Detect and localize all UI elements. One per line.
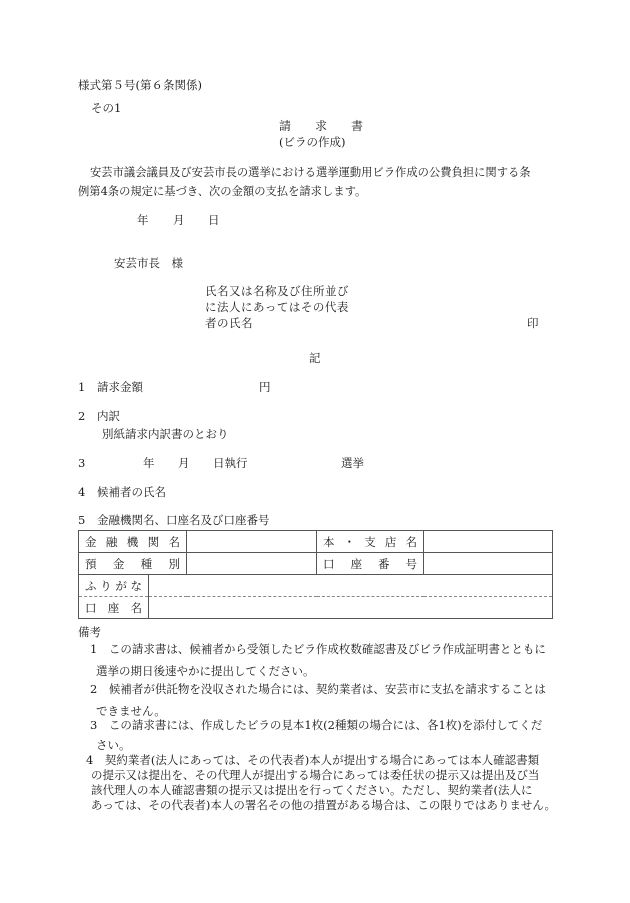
- item-3-election: 選挙: [341, 458, 364, 470]
- item-5-number: 5: [78, 515, 85, 527]
- item-3-number: 3: [78, 458, 85, 470]
- deposit-type-field[interactable]: [187, 553, 317, 575]
- sub-number: その1: [91, 103, 121, 115]
- item-5-label: 金融機関名、口座名及び口座番号: [97, 515, 270, 527]
- item-3-day: 日執行: [213, 458, 248, 470]
- date-month: 月: [173, 215, 185, 227]
- furigana-label: ふ り が な: [79, 575, 149, 597]
- intro-line-2: 例第4条の規定に基づき、次の金額の支払を請求します。: [78, 186, 366, 197]
- furigana-field[interactable]: [149, 575, 553, 597]
- item-3-year: 年: [143, 458, 155, 470]
- bank-name-field[interactable]: [187, 531, 317, 553]
- bank-name-label: 金 融 機 関 名: [79, 531, 187, 553]
- item-1-yen: 円: [259, 382, 271, 394]
- remark-3-number: 3: [90, 718, 97, 732]
- intro-line-1: 安芸市議会議員及び安芸市長の選挙における選挙運動用ビラ作成の公費負担に関する条: [90, 167, 531, 178]
- page-title: 請 求 書: [279, 120, 363, 132]
- bank-row-4: 口 座 名: [79, 597, 553, 619]
- remark-3: 3 この請求書には、作成したビラの見本1枚(2種類の場合には、各1枚)を添付して…: [90, 717, 542, 754]
- remark-4-number: 4: [86, 753, 93, 767]
- claimant-line-3: 者の氏名: [205, 318, 253, 330]
- remark-4: 4 契約業者(法人にあっては、その代表者)本人が提出する場合にあっては本人確認書…: [86, 753, 556, 813]
- remarks-title: 備考: [78, 627, 101, 639]
- remark-2-number: 2: [90, 682, 97, 696]
- item-3-month: 月: [178, 458, 190, 470]
- bank-info-table: 金 融 機 関 名 本 ・ 支 店 名 預 金 種 別: [78, 530, 553, 619]
- account-number-field[interactable]: [424, 553, 553, 575]
- branch-field[interactable]: [424, 531, 553, 553]
- branch-label: 本 ・ 支 店 名: [317, 531, 424, 553]
- date-year: 年: [137, 215, 149, 227]
- claimant-line-1: 氏名又は名称及び住所並び: [205, 286, 349, 298]
- bank-row-2: 預 金 種 別 口 座 番 号: [79, 553, 553, 575]
- item-1-number: 1: [78, 382, 85, 394]
- ki-heading: 記: [309, 353, 321, 365]
- account-name-field[interactable]: [149, 597, 553, 619]
- bank-row-1: 金 融 機 関 名 本 ・ 支 店 名: [79, 531, 553, 553]
- remark-2: 2 候補者が供託物を没収された場合には、契約業者は、安芸市に支払を請求することは…: [90, 681, 546, 720]
- form-number: 様式第５号(第６条関係): [78, 80, 202, 92]
- item-4-number: 4: [78, 487, 85, 499]
- claimant-line-2: に法人にあってはその代表: [205, 302, 349, 314]
- page-subtitle: (ビラの作成): [279, 137, 345, 149]
- bank-row-3: ふ り が な: [79, 575, 553, 597]
- remark-1: 1 この請求書は、候補者から受領したビラ作成枚数確認書及びビラ作成証明書とともに…: [90, 641, 546, 680]
- seal-mark: 印: [527, 318, 539, 330]
- item-2-label: 内訳: [97, 411, 120, 423]
- account-name-label: 口 座 名: [79, 597, 149, 619]
- item-4-label: 候補者の氏名: [97, 487, 166, 499]
- date-day: 日: [208, 215, 220, 227]
- addressee: 安芸市長 様: [114, 258, 183, 270]
- remark-1-number: 1: [90, 642, 97, 656]
- account-number-label: 口 座 番 号: [317, 553, 424, 575]
- item-2-number: 2: [78, 411, 85, 423]
- deposit-type-label: 預 金 種 別: [79, 553, 187, 575]
- item-1-label: 請求金額: [97, 382, 143, 394]
- item-2-detail: 別紙請求内訳書のとおり: [102, 429, 229, 441]
